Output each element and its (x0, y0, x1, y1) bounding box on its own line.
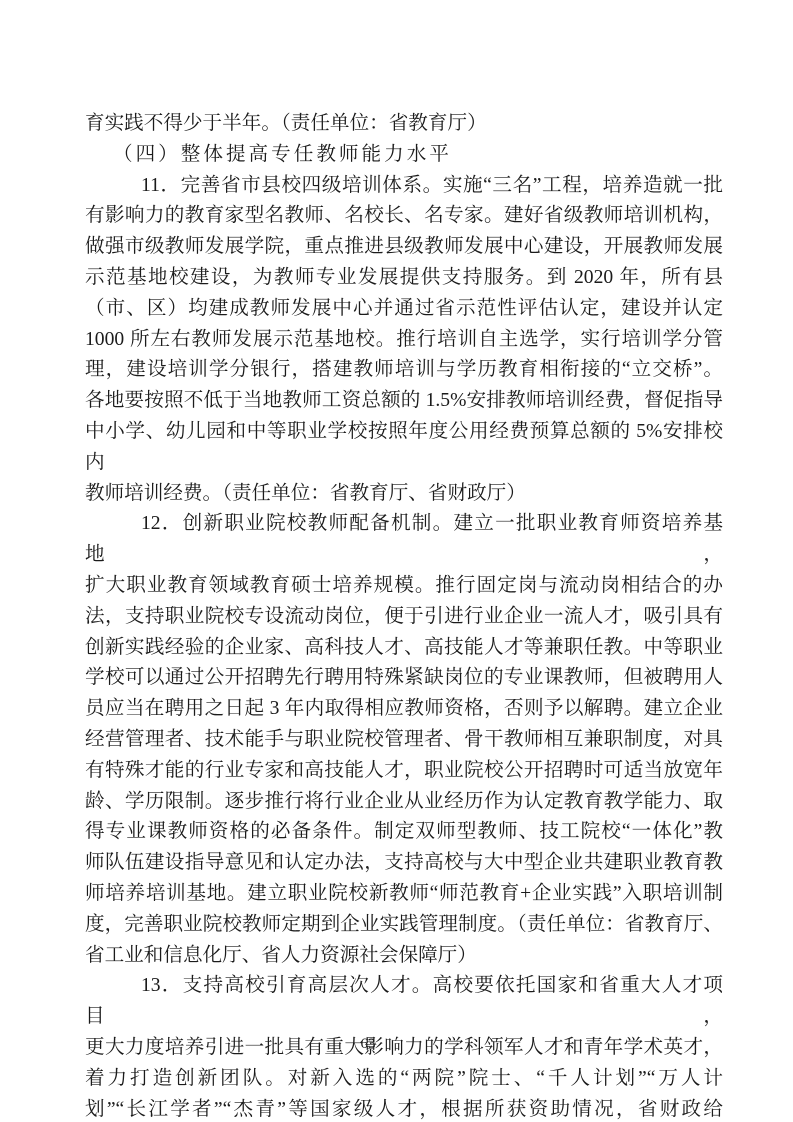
text-line: （市、区）均建成教师发展中心并通过省示范性评估认定，建设并认定 (85, 294, 723, 325)
text-line: 11．完善省市县校四级培训体系。实施“三名”工程，培养造就一批 (85, 171, 723, 202)
text-line: 龄、学历限制。逐步推行将行业企业从业经历作为认定教育教学能力、取 (85, 787, 723, 818)
text-line: 各地要按照不低于当地教师工资总额的 1.5%安排教师培训经费，督促指导 (85, 386, 723, 417)
text-line: 教师培训经费。（责任单位：省教育厅、省财政厅） (85, 479, 723, 510)
text-line: 员应当在聘用之日起 3 年内取得相应教师资格，否则予以解聘。建立企业 (85, 694, 723, 725)
text-line: 得专业课教师资格的必备条件。制定双师型教师、技工院校“一体化”教 (85, 817, 723, 848)
text-line: 育实践不得少于半年。（责任单位：省教育厅） (85, 109, 723, 140)
text-line: 有影响力的教育家型名教师、名校长、名专家。建好省级教师培训机构， (85, 201, 723, 232)
text-line: 1000 所左右教师发展示范基地校。推行培训自主选学，实行培训学分管 (85, 325, 723, 356)
text-line: 创新实践经验的企业家、高科技人才、高技能人才等兼职任教。中等职业 (85, 633, 723, 664)
text-line: 中小学、幼儿园和中等职业学校按照年度公用经费预算总额的 5%安排校内 (85, 417, 723, 479)
text-line: 师培养培训基地。建立职业院校新教师“师范教育+企业实践”入职培训制 (85, 879, 723, 910)
text-line: 扩大职业教育领域教育硕士培养规模。推行固定岗与流动岗相结合的办 (85, 571, 723, 602)
text-line: 度，完善职业院校教师定期到企业实践管理制度。（责任单位：省教育厅、 (85, 910, 723, 941)
section-heading: （四）整体提高专任教师能力水平 (85, 140, 723, 171)
text-line: 省工业和信息化厅、省人力资源社会保障厅） (85, 941, 723, 972)
text-line: 有特殊才能的行业专家和高技能人才，职业院校公开招聘时可适当放宽年 (85, 756, 723, 787)
text-line: 划”“长江学者”“杰青”等国家级人才，根据所获资助情况，省财政给 (85, 1095, 723, 1122)
text-line: 理，建设培训学分银行，搭建教师培训与学历教育相衔接的“立交桥”。 (85, 355, 723, 386)
text-line: 师队伍建设指导意见和认定办法，支持高校与大中型企业共建职业教育教 (85, 848, 723, 879)
page-number: 63 (0, 1036, 736, 1053)
text-line: 13．支持高校引育高层次人才。高校要依托国家和省重大人才项目， (85, 971, 723, 1033)
text-line: 12．创新职业院校教师配备机制。建立一批职业教育师资培养基地， (85, 509, 723, 571)
text-line: 法，支持职业院校专设流动岗位，便于引进行业企业一流人才，吸引具有 (85, 602, 723, 633)
document-page: 育实践不得少于半年。（责任单位：省教育厅）（四）整体提高专任教师能力水平11．完… (0, 0, 793, 1122)
text-line: 经营管理者、技术能手与职业院校管理者、骨干教师相互兼职制度，对具 (85, 725, 723, 756)
document-body: 育实践不得少于半年。（责任单位：省教育厅）（四）整体提高专任教师能力水平11．完… (85, 109, 723, 1122)
text-line: 着力打造创新团队。对新入选的“两院”院士、“千人计划”“万人计 (85, 1064, 723, 1095)
text-line: 示范基地校建设，为教师专业发展提供支持服务。到 2020 年，所有县 (85, 263, 723, 294)
text-line: 做强市级教师发展学院，重点推进县级教师发展中心建设，开展教师发展 (85, 232, 723, 263)
text-line: 学校可以通过公开招聘先行聘用特殊紧缺岗位的专业课教师，但被聘用人 (85, 663, 723, 694)
